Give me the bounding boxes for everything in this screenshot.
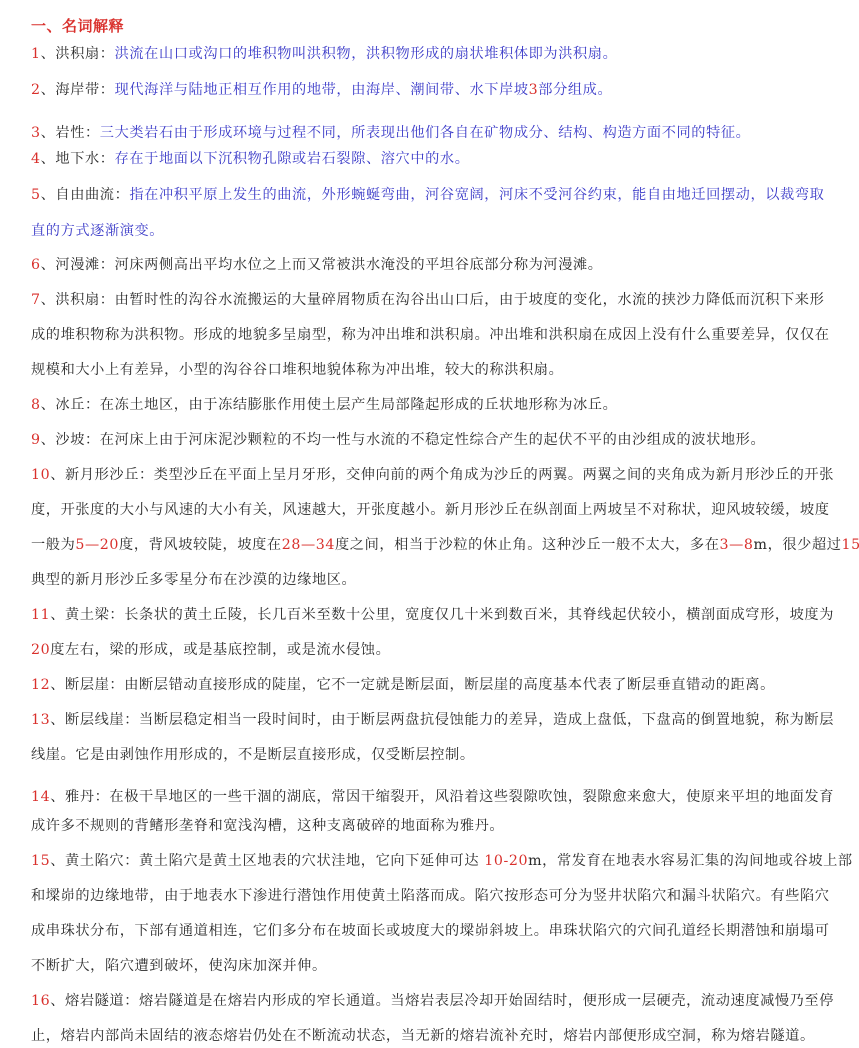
text-line: 20度左右，梁的形成，或是基底控制，或是流水侵蚀。 [31,639,390,659]
text-line: 止，熔岩内部尚未固结的液态熔岩仍处在不断流动状态，当无新的熔岩流补充时，熔岩内部… [31,1025,815,1045]
text-segment: 止，熔岩内部尚未固结的液态熔岩仍处在不断流动状态，当无新的熔岩流补充时，熔岩内部… [31,1028,815,1044]
text-line: 12、断层崖：由断层错动直接形成的陡崖，它不一定就是断层面，断层崖的高度基本代表… [31,674,775,694]
text-line: 规模和大小上有差异，小型的沟谷谷口堆积地貌体称为冲出堆，较大的称洪积扇。 [31,359,563,379]
text-line: 成串珠状分布，下部有通道相连，它们多分布在坡面长或坡度大的墚峁斜坡上。串珠状陷穴… [31,920,830,940]
text-line: 不断扩大，陷穴遭到破坏，使沟床加深并伸。 [31,955,327,975]
section-heading: 一、名词解释 [31,15,124,36]
entry-number: 10 [31,467,50,483]
entry-number: 3 [31,125,41,141]
entry-number: 9 [31,432,41,448]
text-segment: 20 [31,642,50,658]
text-segment: 、断层线崖：当断层稳定相当一段时间时，由于断层两盘抗侵蚀能力的差异，造成上盘低，… [50,712,834,728]
text-segment: 不断扩大，陷穴遭到破坏，使沟床加深并伸。 [31,958,327,974]
text-segment: 、自由曲流： [41,187,130,203]
text-segment: 规模和大小上有差异，小型的沟谷谷口堆积地貌体称为冲出堆，较大的称洪积扇。 [31,362,563,378]
text-line: 5、自由曲流：指在冲积平原上发生的曲流，外形蜿蜒弯曲，河谷宽阔，河床不受河谷约束… [31,184,824,204]
text-segment: 现代海洋与陆地正相互作用的地带，由海岸、潮间带、水下岸坡 [115,82,529,98]
entry-number: 15 [31,853,50,869]
text-segment: 3—8 [720,537,754,553]
text-line: 和墚峁的边缘地带，由于地表水下渗进行潜蚀作用使黄土陷落而成。陷穴按形态可分为竖井… [31,885,830,905]
text-segment: 、冰丘：在冻土地区，由于冻结膨胀作用使土层产生局部隆起形成的丘状地形称为冰丘。 [41,397,618,413]
text-line: 3、岩性：三大类岩石由于形成环境与过程不同，所表现出他们各自在矿物成分、结构、构… [31,122,750,142]
text-segment: 、河漫滩：河床两侧高出平均水位之上而又常被洪水淹没的平坦谷底部分称为河漫滩。 [41,257,603,273]
text-segment: m，常发育在地表水容易汇集的沟间地或谷坡上部 [528,853,853,869]
text-segment: 、沙坡：在河床上由于河床泥沙颗粒的不均一性与水流的不稳定性综合产生的起伏不平的由… [41,432,766,448]
entry-number: 7 [31,292,41,308]
text-segment: 、断层崖：由断层错动直接形成的陡崖，它不一定就是断层面，断层崖的高度基本代表了断… [50,677,775,693]
text-segment: 成的堆积物称为洪积物。形成的地貌多呈扇型，称为冲出堆和洪积扇。冲出堆和洪积扇在成… [31,327,830,343]
text-segment: 成串珠状分布，下部有通道相连，它们多分布在坡面长或坡度大的墚峁斜坡上。串珠状陷穴… [31,923,830,939]
text-segment: 度之间，相当于沙粒的休止角。这种沙丘一般不太大，多在 [335,537,719,553]
entry-number: 6 [31,257,41,273]
entry-number: 14 [31,789,50,805]
entry-number: 8 [31,397,41,413]
text-segment: 典型的新月形沙丘多零星分布在沙漠的边缘地区。 [31,572,356,588]
text-line: 14、雅丹：在极干旱地区的一些干涸的湖底，常因干缩裂开，风沿着这些裂隙吹蚀，裂隙… [31,786,834,806]
entry-number: 11 [31,607,50,623]
text-segment: 、洪积扇： [41,46,115,62]
text-line: 15、黄土陷穴：黄土陷穴是黄土区地表的穴状洼地，它向下延伸可达 10-20m，常… [31,850,853,870]
text-segment: 28—34 [282,537,335,553]
text-segment: 、洪积扇：由暂时性的沟谷水流搬运的大量碎屑物质在沟谷出山口后，由于坡度的变化，水… [41,292,825,308]
text-segment: 、熔岩隧道：熔岩隧道是在熔岩内形成的窄长通道。当熔岩表层冷却开始固结时，便形成一… [50,993,834,1009]
text-segment: 成许多不规则的背鳍形垄脊和宽浅沟槽，这种支离破碎的地面称为雅丹。 [31,818,504,834]
text-line: 度，开张度的大小与风速的大小有关，风速越大，开张度越小。新月形沙丘在纵剖面上两坡… [31,499,830,519]
entry-number: 13 [31,712,50,728]
text-segment: 15 [842,537,859,553]
text-segment: 、黄土梁：长条状的黄土丘陵，长几百米至数十公里，宽度仅几十米到数百米，其脊线起伏… [50,607,834,623]
text-line: 11、黄土梁：长条状的黄土丘陵，长几百米至数十公里，宽度仅几十米到数百米，其脊线… [31,604,834,624]
text-line: 16、熔岩隧道：熔岩隧道是在熔岩内形成的窄长通道。当熔岩表层冷却开始固结时，便形… [31,990,834,1010]
text-line: 1、洪积扇：洪流在山口或沟口的堆积物叫洪积物，洪积物形成的扇状堆积体即为洪积扇。 [31,43,617,63]
text-line: 一般为5—20度，背风坡较陡，坡度在28—34度之间，相当于沙粒的休止角。这种沙… [31,534,859,554]
text-segment: 、岩性： [41,125,100,141]
text-segment: 部分组成。 [538,82,612,98]
entry-number: 5 [31,187,41,203]
text-line: 9、沙坡：在河床上由于河床泥沙颗粒的不均一性与水流的不稳定性综合产生的起伏不平的… [31,429,765,449]
text-line: 2、海岸带：现代海洋与陆地正相互作用的地带，由海岸、潮间带、水下岸坡3部分组成。 [31,79,612,99]
text-segment: 度，背风坡较陡，坡度在 [119,537,282,553]
text-segment: 线崖。它是由剥蚀作用形成的，不是断层直接形成，仅受断层控制。 [31,747,475,763]
entry-number: 2 [31,82,41,98]
text-line: 4、地下水：存在于地面以下沉积物孔隙或岩石裂隙、溶穴中的水。 [31,148,470,168]
text-line: 10、新月形沙丘：类型沙丘在平面上呈月牙形，交伸向前的两个角成为沙丘的两翼。两翼… [31,464,834,484]
text-segment: 一般为 [31,537,75,553]
text-segment: 、黄土陷穴：黄土陷穴是黄土区地表的穴状洼地，它向下延伸可达 [50,853,484,869]
text-segment: 度左右，梁的形成，或是基底控制，或是流水侵蚀。 [50,642,390,658]
text-segment: 度，开张度的大小与风速的大小有关，风速越大，开张度越小。新月形沙丘在纵剖面上两坡… [31,502,830,518]
text-line: 线崖。它是由剥蚀作用形成的，不是断层直接形成，仅受断层控制。 [31,744,475,764]
entry-number: 12 [31,677,50,693]
text-line: 典型的新月形沙丘多零星分布在沙漠的边缘地区。 [31,569,356,589]
text-line: 成许多不规则的背鳍形垄脊和宽浅沟槽，这种支离破碎的地面称为雅丹。 [31,815,504,835]
text-segment: 和墚峁的边缘地带，由于地表水下渗进行潜蚀作用使黄土陷落而成。陷穴按形态可分为竖井… [31,888,830,904]
text-segment: 、地下水： [41,151,115,167]
text-segment: 、雅丹：在极干旱地区的一些干涸的湖底，常因干缩裂开，风沿着这些裂隙吹蚀，裂隙愈来… [50,789,834,805]
text-line: 13、断层线崖：当断层稳定相当一段时间时，由于断层两盘抗侵蚀能力的差异，造成上盘… [31,709,834,729]
text-segment: 直的方式逐渐演变。 [31,223,164,239]
text-line: 7、洪积扇：由暂时性的沟谷水流搬运的大量碎屑物质在沟谷出山口后，由于坡度的变化，… [31,289,824,309]
document-page: 一、名词解释 1、洪积扇：洪流在山口或沟口的堆积物叫洪积物，洪积物形成的扇状堆积… [0,0,859,1048]
text-segment: 5—20 [75,537,119,553]
text-segment: 10-20 [484,853,528,869]
text-segment: 3 [529,82,539,98]
entry-number: 4 [31,151,41,167]
text-segment: 、海岸带： [41,82,115,98]
entry-number: 1 [31,46,41,62]
text-line: 直的方式逐渐演变。 [31,220,164,240]
text-line: 成的堆积物称为洪积物。形成的地貌多呈扇型，称为冲出堆和洪积扇。冲出堆和洪积扇在成… [31,324,830,344]
text-segment: m，很少超过 [754,537,842,553]
text-segment: 指在冲积平原上发生的曲流，外形蜿蜒弯曲，河谷宽阔，河床不受河谷约束，能自由地迁回… [129,187,824,203]
text-segment: 、新月形沙丘：类型沙丘在平面上呈月牙形，交伸向前的两个角成为沙丘的两翼。两翼之间… [50,467,834,483]
text-segment: 三大类岩石由于形成环境与过程不同，所表现出他们各自在矿物成分、结构、构造方面不同… [100,125,751,141]
text-segment: 存在于地面以下沉积物孔隙或岩石裂隙、溶穴中的水。 [115,151,470,167]
entry-number: 16 [31,993,50,1009]
text-line: 6、河漫滩：河床两侧高出平均水位之上而又常被洪水淹没的平坦谷底部分称为河漫滩。 [31,254,603,274]
text-segment: 洪流在山口或沟口的堆积物叫洪积物，洪积物形成的扇状堆积体即为洪积扇。 [115,46,618,62]
text-line: 8、冰丘：在冻土地区，由于冻结膨胀作用使土层产生局部隆起形成的丘状地形称为冰丘。 [31,394,617,414]
